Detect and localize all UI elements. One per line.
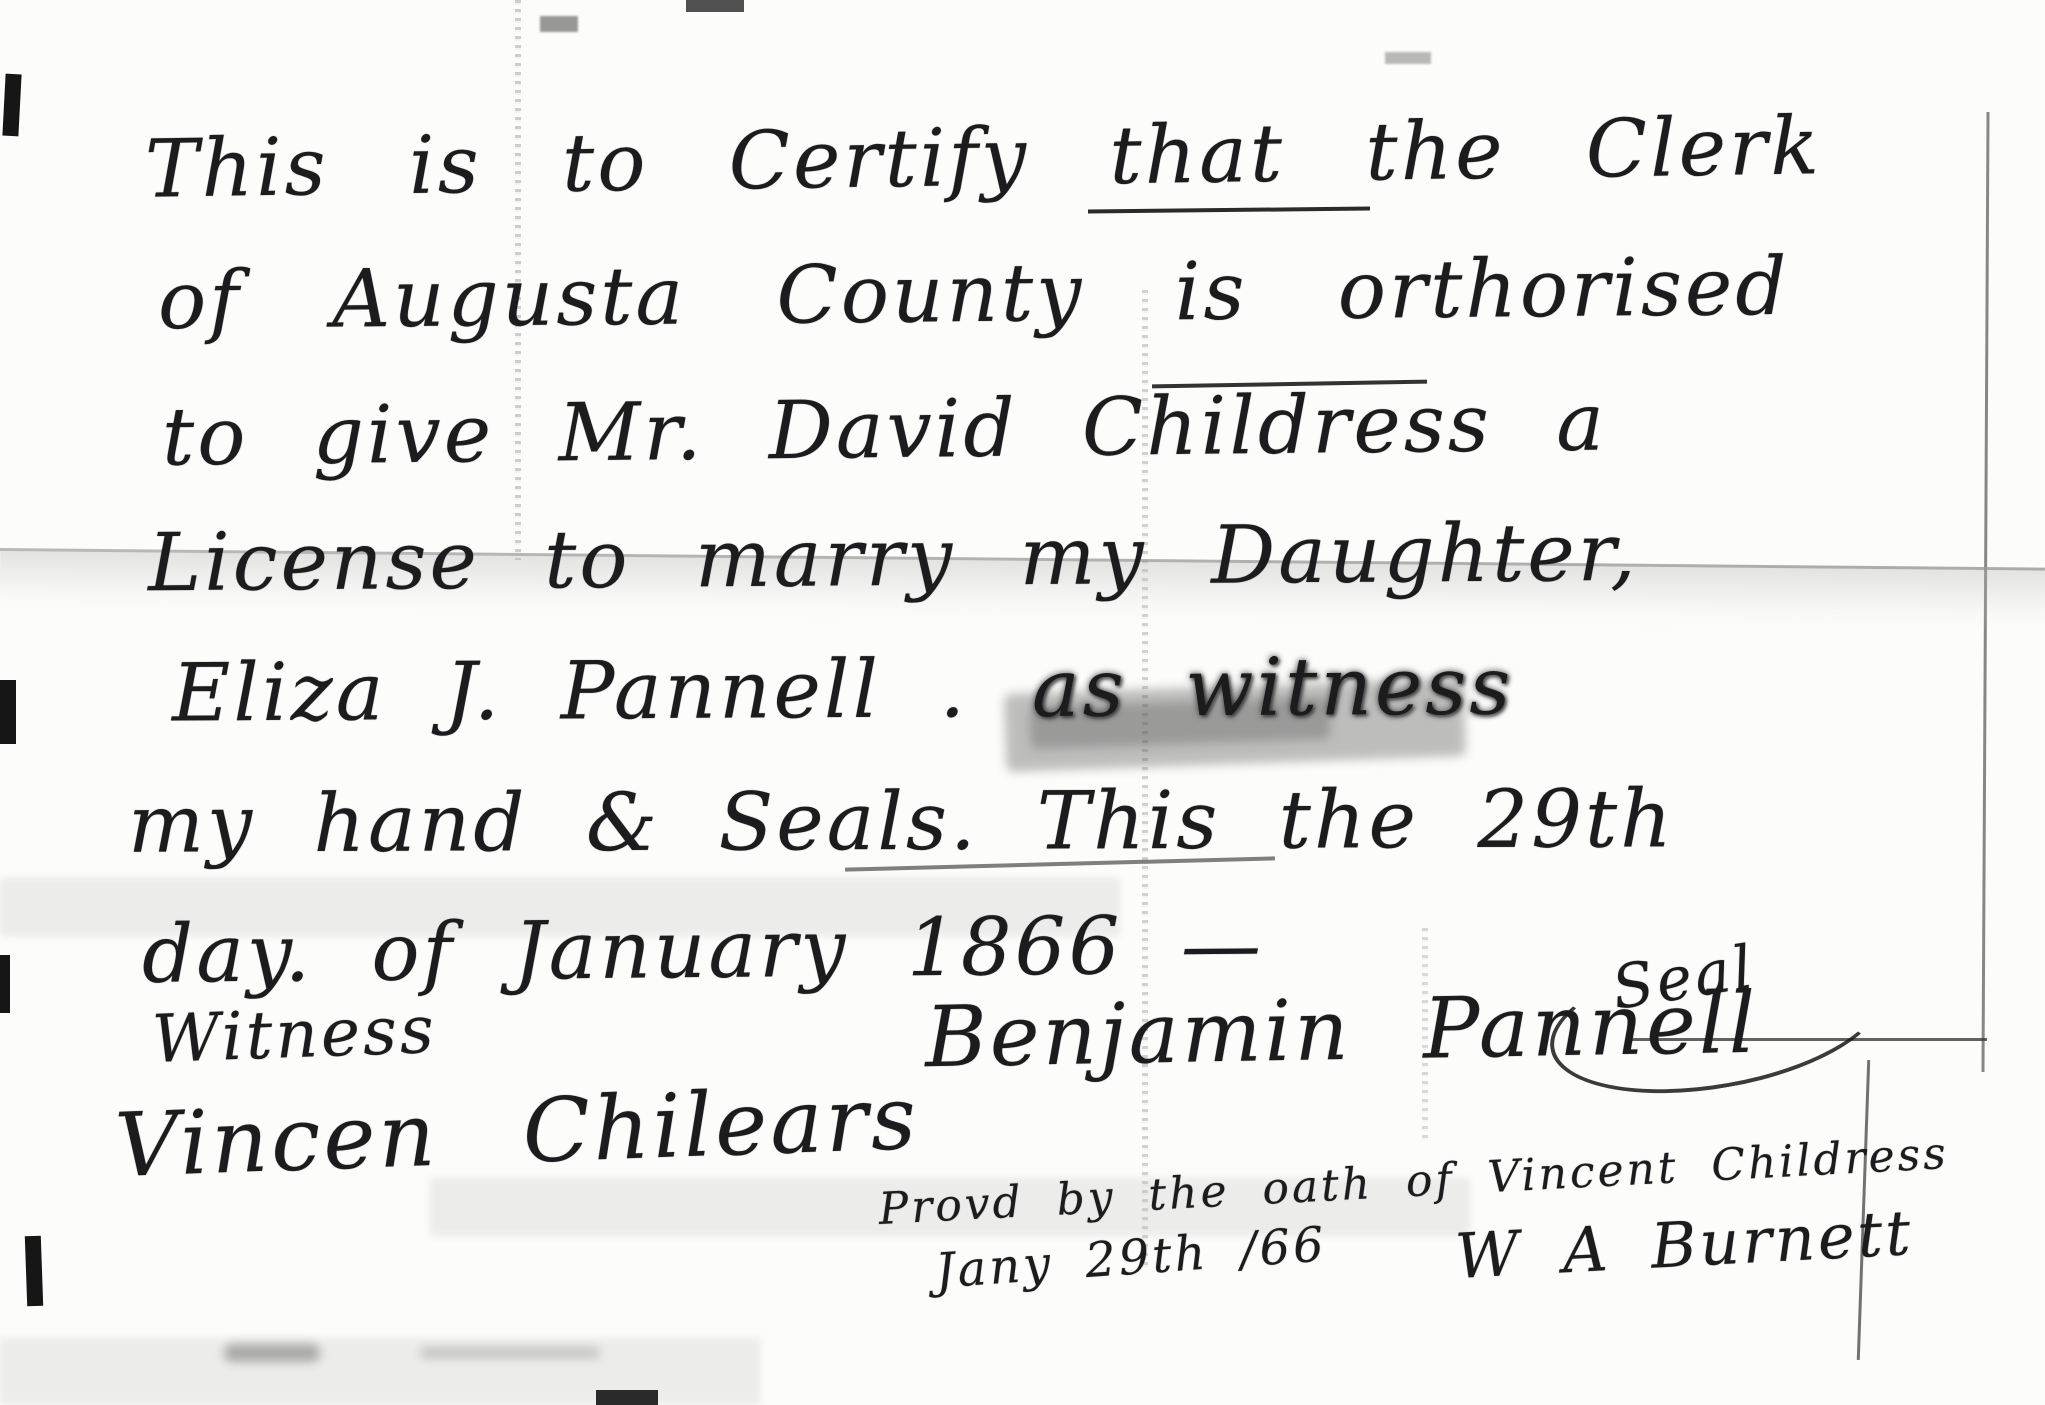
- handwriting-line-5: Eliza J. Pannell .as witness: [172, 646, 1514, 733]
- ink-smudge: [224, 1344, 320, 1362]
- signature-vincen-chilears: Vincen Chilears: [114, 1074, 920, 1190]
- scan-artifact-mark: [686, 0, 744, 12]
- signature-clerk-burnett: W A Burnett: [1454, 1202, 1915, 1288]
- handwriting-line-6: my hand & Seals. This the 29th: [128, 779, 1675, 864]
- witness-label: Witness: [151, 997, 438, 1073]
- handwriting-line-2: of Augusta County is orthorised: [158, 247, 1790, 341]
- stray-pen-stroke: [1088, 207, 1370, 214]
- scan-artifact-mark: [2, 74, 21, 137]
- scan-artifact-mark: [1385, 52, 1431, 64]
- daughter-name: Eliza J. Pannell .: [172, 642, 968, 739]
- scan-artifact-mark: [0, 955, 10, 1013]
- handwriting-line-3: to give Mr. David Childress a: [162, 382, 1608, 477]
- ink-smudge: [420, 1348, 600, 1358]
- handwriting-line-4: License to marry my Daughter,: [148, 513, 1639, 603]
- scan-artifact-mark: [25, 1236, 43, 1307]
- scan-artifact-mark: [0, 680, 16, 744]
- smudged-phrase: as witness: [1032, 639, 1514, 735]
- handwriting-line-7: day. of January 1866 —: [142, 905, 1265, 995]
- handwriting-line-1: This is to Certify that the Clerk: [145, 106, 1823, 209]
- scan-artifact-mark: [596, 1390, 658, 1405]
- scanned-document-page: This is to Certify that the Clerk of Aug…: [0, 0, 2045, 1405]
- scan-artifact-mark: [540, 16, 578, 32]
